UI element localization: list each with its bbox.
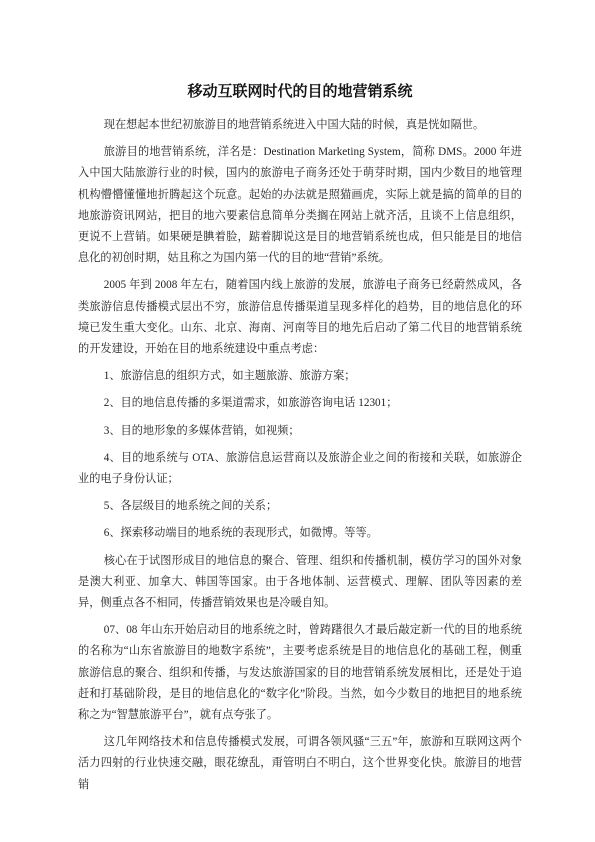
list-item-1: 1、旅游信息的组织方式，如主题旅游、旅游方案； (78, 366, 522, 387)
paragraph-shandong-system: 07、08 年山东开始启动目的地系统之时，曾踌躇很久才最后敲定新一代的目的地系统… (78, 620, 522, 726)
paragraph-dms-history: 旅游目的地营销系统，洋名是：Destination Marketing Syst… (78, 142, 522, 269)
paragraph-2005-2008: 2005 年到 2008 年左右，随着国内线上旅游的发展，旅游电子商务已经蔚然成… (78, 275, 522, 360)
list-item-5: 5、各层级目的地系统之间的关系； (78, 496, 522, 517)
paragraph-intro: 现在想起本世纪初旅游目的地营销系统进入中国大陆的时候，真是恍如隔世。 (78, 115, 522, 136)
paragraph-closing: 这几年网络技术和信息传播模式发展，可谓各领风骚“三五”年，旅游和互联网这两个活力… (78, 732, 522, 796)
list-item-3: 3、目的地形象的多媒体营销，如视频； (78, 421, 522, 442)
paragraph-core-mechanism: 核心在于试图形成目的地信息的聚合、管理、组织和传播机制，模仿学习的国外对象是澳大… (78, 551, 522, 615)
document-page: 移动互联网时代的目的地营销系统 现在想起本世纪初旅游目的地营销系统进入中国大陆的… (0, 0, 595, 842)
list-item-2: 2、目的地信息传播的多渠道需求，如旅游咨询电话 12301； (78, 393, 522, 414)
list-item-6: 6、探索移动端目的地系统的表现形式，如微博。等等。 (78, 523, 522, 544)
document-title: 移动互联网时代的目的地营销系统 (78, 84, 522, 100)
document-body: 移动互联网时代的目的地营销系统 现在想起本世纪初旅游目的地营销系统进入中国大陆的… (78, 84, 522, 802)
list-item-4: 4、目的地系统与 OTA、旅游信息运营商以及旅游企业之间的衔接和关联，如旅游企业… (78, 448, 522, 490)
